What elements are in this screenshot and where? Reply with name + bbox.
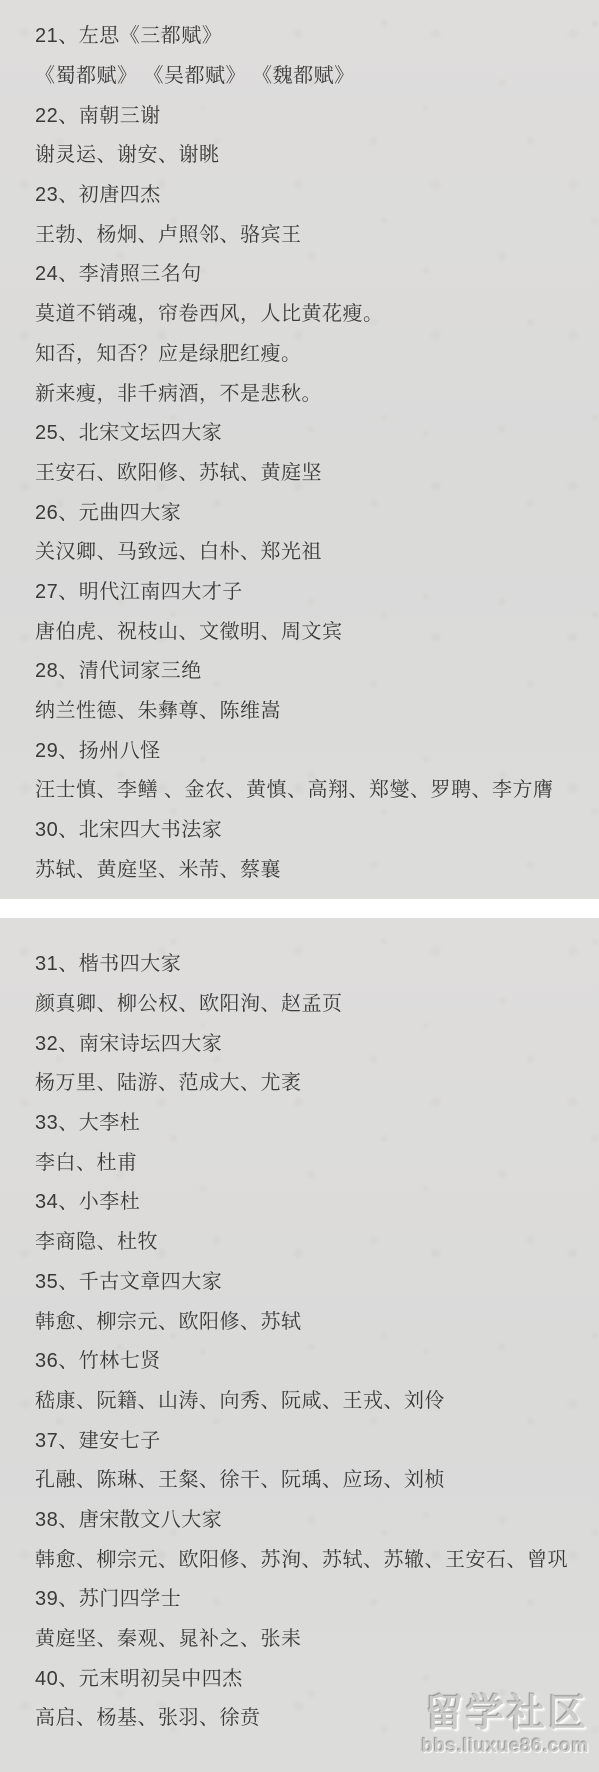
text-line: 新来瘦，非千病酒，不是悲秋。 (35, 371, 593, 411)
text-line: 22、南朝三谢 (35, 93, 593, 133)
text-line: 34、小李杜 (35, 1180, 593, 1220)
text-line: 25、北宋文坛四大家 (35, 411, 593, 451)
text-line: 李商隐、杜牧 (35, 1220, 593, 1260)
text-line: 29、扬州八怪 (35, 728, 593, 768)
text-line: 35、千古文章四大家 (35, 1260, 593, 1300)
text-line: 高启、杨基、张羽、徐贲 (35, 1696, 593, 1736)
text-line: 嵇康、阮籍、山涛、向秀、阮咸、王戎、刘伶 (35, 1379, 593, 1419)
text-line: 26、元曲四大家 (35, 490, 593, 530)
text-line: 知否，知否？应是绿肥红瘦。 (35, 332, 593, 372)
text-line: 颜真卿、柳公权、欧阳洵、赵孟页 (35, 982, 593, 1022)
text-line: 韩愈、柳宗元、欧阳修、苏洵、苏轼、苏辙、王安石、曾巩 (35, 1537, 593, 1577)
text-line: 黄庭坚、秦观、晁补之、张耒 (35, 1617, 593, 1657)
text-line: 莫道不销魂，帘卷西风，人比黄花瘦。 (35, 292, 593, 332)
text-line: 杨万里、陆游、范成大、尤袤 (35, 1061, 593, 1101)
text-line: 关汉卿、马致远、白朴、郑光祖 (35, 530, 593, 570)
text-line: 《蜀都赋》 《吴都赋》 《魏都赋》 (35, 54, 593, 94)
text-line: 谢灵运、谢安、谢眺 (35, 133, 593, 173)
text-line: 纳兰性德、朱彝尊、陈维嵩 (35, 689, 593, 729)
text-line: 36、竹林七贤 (35, 1339, 593, 1379)
text-line: 唐伯虎、祝枝山、文徵明、周文宾 (35, 609, 593, 649)
block-divider (0, 899, 599, 918)
text-line: 23、初唐四杰 (35, 173, 593, 213)
text-line: 37、建安七子 (35, 1418, 593, 1458)
text-line: 32、南宋诗坛四大家 (35, 1021, 593, 1061)
text-line: 33、大李杜 (35, 1101, 593, 1141)
text-line: 24、李清照三名句 (35, 252, 593, 292)
text-line: 苏轼、黄庭坚、米芾、蔡襄 (35, 847, 593, 887)
notes-lines-upper: 21、左思《三都赋》《蜀都赋》 《吴都赋》 《魏都赋》22、南朝三谢谢灵运、谢安… (35, 0, 593, 887)
notes-block-lower: 31、楷书四大家颜真卿、柳公权、欧阳洵、赵孟页32、南宋诗坛四大家杨万里、陆游、… (0, 918, 599, 1772)
text-line: 王安石、欧阳修、苏轼、黄庭坚 (35, 451, 593, 491)
text-line: 38、唐宋散文八大家 (35, 1498, 593, 1538)
notes-block-upper: 21、左思《三都赋》《蜀都赋》 《吴都赋》 《魏都赋》22、南朝三谢谢灵运、谢安… (0, 0, 599, 899)
text-line: 孔融、陈琳、王粲、徐干、阮瑀、应玚、刘桢 (35, 1458, 593, 1498)
text-line: 21、左思《三都赋》 (35, 14, 593, 54)
text-line: 王勃、杨炯、卢照邻、骆宾王 (35, 212, 593, 252)
text-line: 39、苏门四学士 (35, 1577, 593, 1617)
text-line: 40、元末明初吴中四杰 (35, 1656, 593, 1696)
text-line: 李白、杜甫 (35, 1140, 593, 1180)
notes-lines-lower: 31、楷书四大家颜真卿、柳公权、欧阳洵、赵孟页32、南宋诗坛四大家杨万里、陆游、… (35, 918, 593, 1736)
text-line: 31、楷书四大家 (35, 942, 593, 982)
text-line: 28、清代词家三绝 (35, 649, 593, 689)
text-line: 汪士慎、李鳝 、金农、黄慎、高翔、郑燮、罗聘、李方膺 (35, 768, 593, 808)
text-line: 27、明代江南四大才子 (35, 570, 593, 610)
text-line: 30、北宋四大书法家 (35, 808, 593, 848)
text-line: 韩愈、柳宗元、欧阳修、苏轼 (35, 1299, 593, 1339)
